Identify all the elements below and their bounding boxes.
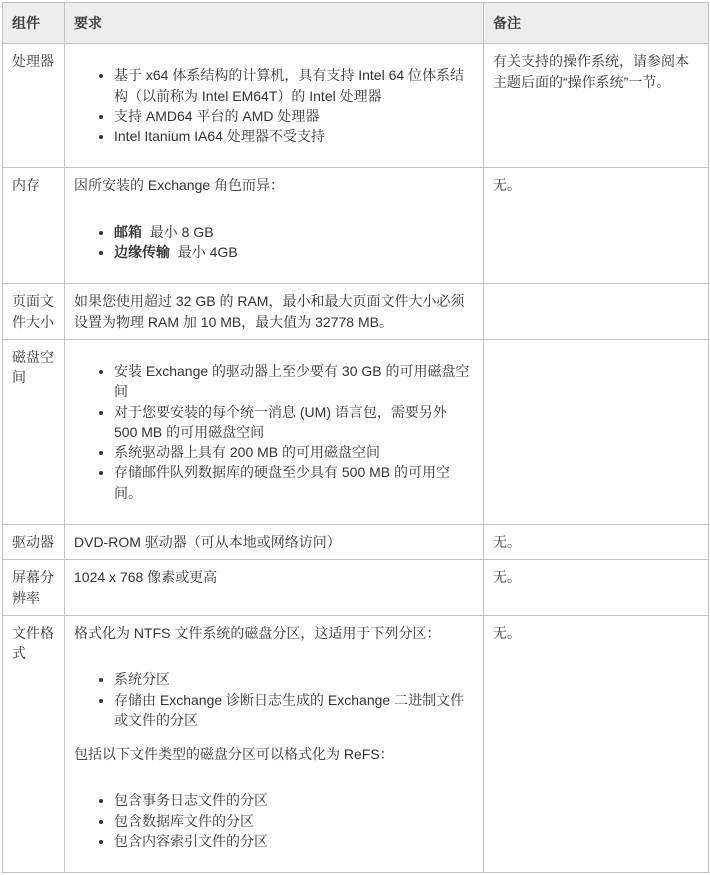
requirement-list-item: 安装 Exchange 的驱动器上至少要有 30 GB 的可用磁盘空间 [114,361,474,402]
component-cell: 内存 [3,168,65,284]
note-cell: 无。 [484,615,709,872]
column-header-component: 组件 [3,3,65,44]
note-cell [484,284,709,340]
requirements-table: 组件 要求 备注 处理器基于 x64 体系结构的计算机，具有支持 Intel 6… [2,2,709,873]
note-cell: 无。 [484,560,709,616]
table-header-row: 组件 要求 备注 [3,3,709,44]
note-cell: 无。 [484,168,709,284]
requirement-list-item: 包含内容索引文件的分区 [114,831,474,851]
requirement-list-item: 对于您要安装的每个统一消息 (UM) 语言包，需要另外 500 MB 的可用磁盘… [114,402,474,443]
requirement-paragraph: 1024 x 768 像素或更高 [74,567,474,587]
requirement-list-item: Intel Itanium IA64 处理器不受支持 [114,126,474,146]
requirement-cell: 1024 x 768 像素或更高 [65,560,484,616]
requirement-paragraph: 格式化为 NTFS 文件系统的磁盘分区，这适用于下列分区： [74,623,474,643]
table-row: 页面文件大小如果您使用超过 32 GB 的 RAM，最小和最大页面文件大小必须设… [3,284,709,340]
component-cell: 屏幕分辨率 [3,560,65,616]
table-row: 文件格式格式化为 NTFS 文件系统的磁盘分区，这适用于下列分区：系统分区存储由… [3,615,709,872]
requirement-list: 安装 Exchange 的驱动器上至少要有 30 GB 的可用磁盘空间对于您要安… [74,361,474,503]
requirement-list-item: 支持 AMD64 平台的 AMD 处理器 [114,106,474,126]
component-cell: 驱动器 [3,525,65,560]
requirement-list-item: 边缘传输 最小 4GB [114,242,474,262]
table-body: 处理器基于 x64 体系结构的计算机，具有支持 Intel 64 位体系结构（以… [3,44,709,873]
requirement-list-item: 系统分区 [114,669,474,689]
requirement-paragraph: DVD-ROM 驱动器（可从本地或网络访问） [74,532,474,552]
requirement-cell: 基于 x64 体系结构的计算机，具有支持 Intel 64 位体系结构（以前称为… [65,44,484,168]
requirement-list-item: 包含数据库文件的分区 [114,811,474,831]
requirement-cell: 格式化为 NTFS 文件系统的磁盘分区，这适用于下列分区：系统分区存储由 Exc… [65,615,484,872]
table-row: 内存因所安装的 Exchange 角色而异：邮箱 最小 8 GB边缘传输 最小 … [3,168,709,284]
requirement-bold-term: 边缘传输 [114,244,170,260]
requirement-cell: 因所安装的 Exchange 角色而异：邮箱 最小 8 GB边缘传输 最小 4G… [65,168,484,284]
note-cell: 无。 [484,525,709,560]
table-row: 驱动器DVD-ROM 驱动器（可从本地或网络访问）无。 [3,525,709,560]
requirement-cell: 如果您使用超过 32 GB 的 RAM，最小和最大页面文件大小必须设置为物理 R… [65,284,484,340]
component-cell: 文件格式 [3,615,65,872]
table-row: 屏幕分辨率1024 x 768 像素或更高无。 [3,560,709,616]
requirement-cell: 安装 Exchange 的驱动器上至少要有 30 GB 的可用磁盘空间对于您要安… [65,339,484,524]
requirement-cell: DVD-ROM 驱动器（可从本地或网络访问） [65,525,484,560]
requirement-list: 系统分区存储由 Exchange 诊断日志生成的 Exchange 二进制文件或… [74,669,474,730]
requirement-list: 包含事务日志文件的分区包含数据库文件的分区包含内容索引文件的分区 [74,790,474,851]
requirement-bold-term: 邮箱 [114,224,142,240]
requirement-list-item: 邮箱 最小 8 GB [114,222,474,242]
requirement-paragraph: 如果您使用超过 32 GB 的 RAM，最小和最大页面文件大小必须设置为物理 R… [74,291,474,332]
component-cell: 磁盘空间 [3,339,65,524]
table-row: 处理器基于 x64 体系结构的计算机，具有支持 Intel 64 位体系结构（以… [3,44,709,168]
requirement-list-item: 包含事务日志文件的分区 [114,790,474,810]
column-header-note: 备注 [484,3,709,44]
column-header-requirement: 要求 [65,3,484,44]
requirement-list-item: 基于 x64 体系结构的计算机，具有支持 Intel 64 位体系结构（以前称为… [114,65,474,106]
note-cell [484,339,709,524]
component-cell: 处理器 [3,44,65,168]
requirement-list-item: 存储由 Exchange 诊断日志生成的 Exchange 二进制文件或文件的分… [114,690,474,731]
requirement-paragraph: 因所安装的 Exchange 角色而异： [74,175,474,195]
note-cell: 有关支持的操作系统，请参阅本主题后面的“操作系统”一节。 [484,44,709,168]
requirement-list-item: 系统驱动器上具有 200 MB 的可用磁盘空间 [114,442,474,462]
requirement-list: 基于 x64 体系结构的计算机，具有支持 Intel 64 位体系结构（以前称为… [74,65,474,146]
requirement-paragraph: 包括以下文件类型的磁盘分区可以格式化为 ReFS： [74,744,474,764]
table-row: 磁盘空间安装 Exchange 的驱动器上至少要有 30 GB 的可用磁盘空间对… [3,339,709,524]
requirement-list: 邮箱 最小 8 GB边缘传输 最小 4GB [74,222,474,263]
component-cell: 页面文件大小 [3,284,65,340]
requirement-list-item: 存储邮件队列数据库的硬盘至少具有 500 MB 的可用空间。 [114,462,474,503]
